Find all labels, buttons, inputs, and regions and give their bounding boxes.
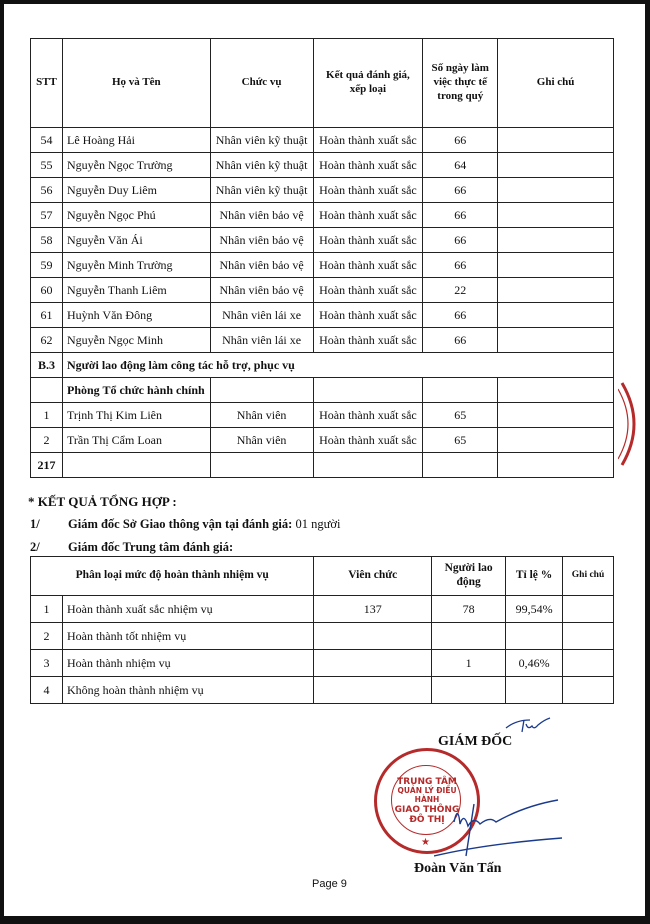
cell-note <box>498 278 614 303</box>
summary-header-workers: Người lao động <box>432 557 506 596</box>
cell-note <box>498 203 614 228</box>
page-number: Page 9 <box>312 878 347 890</box>
cell-result: Hoàn thành xuất sắc <box>313 428 423 453</box>
cell-stt: 61 <box>31 303 63 328</box>
total-count: 217 <box>31 453 63 478</box>
summary-cell-num: 1 <box>31 596 63 623</box>
cell-days: 66 <box>423 228 498 253</box>
summary-cell-category: Hoàn thành tốt nhiệm vụ <box>62 623 313 650</box>
cell-empty <box>423 453 498 478</box>
summary-cell-ratio <box>506 623 563 650</box>
cell-name: Nguyễn Duy Liêm <box>62 178 210 203</box>
summary-item1: Giám đốc Sở Giao thông vận tại đánh giá:… <box>68 517 340 532</box>
header-note: Ghi chú <box>498 39 614 128</box>
summary-table: Phân loại mức độ hoàn thành nhiệm vụ Viê… <box>30 556 614 704</box>
cell-days: 66 <box>423 253 498 278</box>
summary-cell-workers: 1 <box>432 650 506 677</box>
cell-note <box>498 253 614 278</box>
section-row: B.3Người lao động làm công tác hỗ trợ, p… <box>31 353 614 378</box>
partial-stamp-edge-icon <box>618 379 648 469</box>
cell-empty <box>498 378 614 403</box>
cell-empty <box>31 378 63 403</box>
total-row: 217 <box>31 453 614 478</box>
cell-name: Lê Hoàng Hải <box>62 128 210 153</box>
signer-name: Đoàn Văn Tấn <box>414 861 501 877</box>
cell-name: Trịnh Thị Kim Liên <box>62 403 210 428</box>
table-row: 57Nguyễn Ngọc PhúNhân viên bảo vệHoàn th… <box>31 203 614 228</box>
cell-stt: 2 <box>31 428 63 453</box>
table-header-row: STT Họ và Tên Chức vụ Kết quả đánh giá, … <box>31 39 614 128</box>
cell-days: 66 <box>423 203 498 228</box>
cell-name: Huỳnh Văn Đông <box>62 303 210 328</box>
staff-evaluation-table: STT Họ và Tên Chức vụ Kết quả đánh giá, … <box>30 38 614 478</box>
summary-header-officials: Viên chức <box>314 557 432 596</box>
table-row: 56Nguyễn Duy LiêmNhân viên kỹ thuậtHoàn … <box>31 178 614 203</box>
summary-cell-workers: 78 <box>432 596 506 623</box>
cell-note <box>498 303 614 328</box>
summary-cell-officials <box>314 677 432 704</box>
document-page: STT Họ và Tên Chức vụ Kết quả đánh giá, … <box>4 4 645 916</box>
summary-cell-ratio: 0,46% <box>506 650 563 677</box>
cell-stt: 60 <box>31 278 63 303</box>
cell-days: 65 <box>423 428 498 453</box>
summary-cell-ratio <box>506 677 563 704</box>
cell-stt: 56 <box>31 178 63 203</box>
cell-name: Trần Thị Cẩm Loan <box>62 428 210 453</box>
cell-name: Nguyễn Ngọc Trường <box>62 153 210 178</box>
cell-note <box>498 328 614 353</box>
cell-days: 65 <box>423 403 498 428</box>
cell-name: Nguyễn Ngọc Phú <box>62 203 210 228</box>
header-days: Số ngày làm việc thực tế trong quý <box>423 39 498 128</box>
cell-empty <box>313 453 423 478</box>
summary-header-category: Phân loại mức độ hoàn thành nhiệm vụ <box>31 557 314 596</box>
header-name: Họ và Tên <box>62 39 210 128</box>
cell-empty <box>62 453 210 478</box>
summary-cell-officials <box>314 650 432 677</box>
summary-item1-number: 1/ <box>30 517 40 532</box>
cell-days: 66 <box>423 328 498 353</box>
cell-result: Hoàn thành xuất sắc <box>313 328 423 353</box>
cell-note <box>498 428 614 453</box>
cell-empty <box>423 378 498 403</box>
cell-name: Nguyễn Văn Ái <box>62 228 210 253</box>
summary-header-note: Ghi chú <box>563 557 614 596</box>
header-result: Kết quả đánh giá, xếp loại <box>313 39 423 128</box>
cell-position: Nhân viên bảo vệ <box>210 203 313 228</box>
summary-cell-officials <box>314 623 432 650</box>
cell-days: 66 <box>423 128 498 153</box>
summary-row: 4Không hoàn thành nhiệm vụ <box>31 677 614 704</box>
table-row: 59Nguyễn Minh TrườngNhân viên bảo vệHoàn… <box>31 253 614 278</box>
cell-note <box>498 403 614 428</box>
table-row: 61Huỳnh Văn ĐôngNhân viên lái xeHoàn thà… <box>31 303 614 328</box>
summary-cell-category: Hoàn thành nhiệm vụ <box>62 650 313 677</box>
section-code: B.3 <box>31 353 63 378</box>
table-row: 62Nguyễn Ngọc MinhNhân viên lái xeHoàn t… <box>31 328 614 353</box>
cell-empty <box>498 453 614 478</box>
header-position: Chức vụ <box>210 39 313 128</box>
cell-result: Hoàn thành xuất sắc <box>313 228 423 253</box>
cell-stt: 62 <box>31 328 63 353</box>
header-stt: STT <box>31 39 63 128</box>
cell-position: Nhân viên kỹ thuật <box>210 153 313 178</box>
summary-cell-workers <box>432 677 506 704</box>
cell-note <box>498 128 614 153</box>
cell-stt: 54 <box>31 128 63 153</box>
summary-cell-ratio: 99,54% <box>506 596 563 623</box>
summary-cell-category: Không hoàn thành nhiệm vụ <box>62 677 313 704</box>
cell-position: Nhân viên bảo vệ <box>210 278 313 303</box>
cell-result: Hoàn thành xuất sắc <box>313 153 423 178</box>
cell-days: 22 <box>423 278 498 303</box>
table-row: 55Nguyễn Ngọc TrườngNhân viên kỹ thuậtHo… <box>31 153 614 178</box>
summary-item2-label: Giám đốc Trung tâm đánh giá: <box>68 540 233 555</box>
cell-days: 64 <box>423 153 498 178</box>
summary-row: 1Hoàn thành xuất sắc nhiệm vụ1377899,54% <box>31 596 614 623</box>
cell-empty <box>313 378 423 403</box>
summary-heading: * KẾT QUẢ TỔNG HỢP : <box>28 494 177 510</box>
summary-item1-label: Giám đốc Sở Giao thông vận tại đánh giá: <box>68 517 292 531</box>
cell-position: Nhân viên kỹ thuật <box>210 178 313 203</box>
cell-result: Hoàn thành xuất sắc <box>313 253 423 278</box>
summary-item1-value: 01 người <box>292 517 340 531</box>
table-row: 2Trần Thị Cẩm LoanNhân viênHoàn thành xu… <box>31 428 614 453</box>
summary-cell-workers <box>432 623 506 650</box>
cell-position: Nhân viên lái xe <box>210 303 313 328</box>
summary-item2-number: 2/ <box>30 540 40 555</box>
cell-note <box>498 178 614 203</box>
summary-header-row: Phân loại mức độ hoàn thành nhiệm vụ Viê… <box>31 557 614 596</box>
cell-stt: 58 <box>31 228 63 253</box>
summary-cell-officials: 137 <box>314 596 432 623</box>
cell-position: Nhân viên bảo vệ <box>210 253 313 278</box>
cell-note <box>498 153 614 178</box>
cell-stt: 57 <box>31 203 63 228</box>
summary-cell-num: 4 <box>31 677 63 704</box>
table-row: 54Lê Hoàng HảiNhân viên kỹ thuậtHoàn thà… <box>31 128 614 153</box>
cell-position: Nhân viên <box>210 403 313 428</box>
cell-position: Nhân viên <box>210 428 313 453</box>
summary-cell-num: 2 <box>31 623 63 650</box>
signature-title: GIÁM ĐỐC <box>438 734 512 750</box>
cell-days: 66 <box>423 303 498 328</box>
cell-result: Hoàn thành xuất sắc <box>313 278 423 303</box>
cell-note <box>498 228 614 253</box>
department-row: Phòng Tổ chức hành chính <box>31 378 614 403</box>
cell-name: Nguyễn Thanh Liêm <box>62 278 210 303</box>
cell-stt: 1 <box>31 403 63 428</box>
department-name: Phòng Tổ chức hành chính <box>62 378 210 403</box>
cell-name: Nguyễn Ngọc Minh <box>62 328 210 353</box>
cell-stt: 55 <box>31 153 63 178</box>
cell-days: 66 <box>423 178 498 203</box>
cell-position: Nhân viên lái xe <box>210 328 313 353</box>
initial-signature-icon <box>504 716 554 740</box>
cell-stt: 59 <box>31 253 63 278</box>
table-row: 58Nguyễn Văn ÁiNhân viên bảo vệHoàn thàn… <box>31 228 614 253</box>
cell-position: Nhân viên kỹ thuật <box>210 128 313 153</box>
summary-cell-category: Hoàn thành xuất sắc nhiệm vụ <box>62 596 313 623</box>
cell-empty <box>210 378 313 403</box>
summary-cell-note <box>563 623 614 650</box>
cell-result: Hoàn thành xuất sắc <box>313 203 423 228</box>
summary-header-ratio: Tỉ lệ % <box>506 557 563 596</box>
cell-result: Hoàn thành xuất sắc <box>313 403 423 428</box>
cell-name: Nguyễn Minh Trường <box>62 253 210 278</box>
cell-result: Hoàn thành xuất sắc <box>313 178 423 203</box>
summary-row: 3Hoàn thành nhiệm vụ10,46% <box>31 650 614 677</box>
summary-row: 2Hoàn thành tốt nhiệm vụ <box>31 623 614 650</box>
summary-cell-note <box>563 596 614 623</box>
cell-position: Nhân viên bảo vệ <box>210 228 313 253</box>
summary-cell-num: 3 <box>31 650 63 677</box>
cell-result: Hoàn thành xuất sắc <box>313 128 423 153</box>
table-row: 1Trịnh Thị Kim LiênNhân viênHoàn thành x… <box>31 403 614 428</box>
main-signature-icon <box>434 794 564 864</box>
summary-cell-note <box>563 650 614 677</box>
section-title: Người lao động làm công tác hỗ trợ, phục… <box>62 353 613 378</box>
cell-result: Hoàn thành xuất sắc <box>313 303 423 328</box>
table-row: 60Nguyễn Thanh LiêmNhân viên bảo vệHoàn … <box>31 278 614 303</box>
summary-cell-note <box>563 677 614 704</box>
cell-empty <box>210 453 313 478</box>
